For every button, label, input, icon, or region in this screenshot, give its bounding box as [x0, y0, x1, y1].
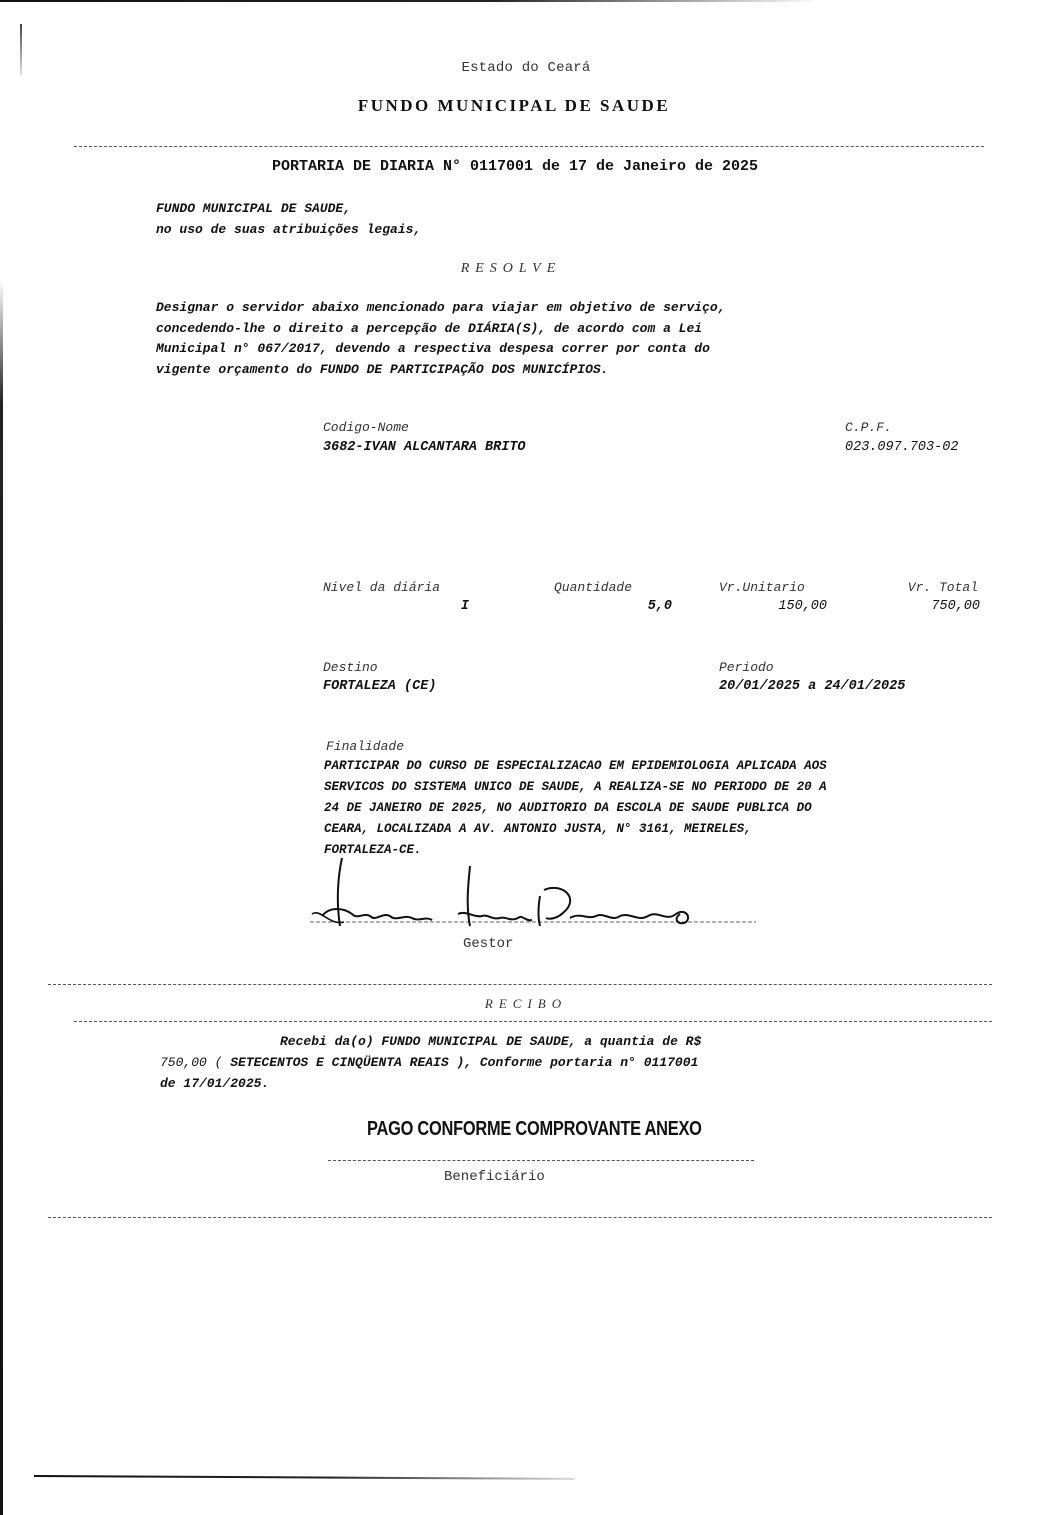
nivel-value: I	[323, 599, 469, 614]
finalidade-label: Finalidade	[326, 739, 404, 754]
portaria-title: PORTARIA DE DIARIA N° 0117001 de 17 de J…	[0, 158, 1030, 175]
cpf-label: C.P.F.	[845, 420, 892, 435]
periodo-label: Periodo	[719, 660, 774, 675]
destino-value: FORTALEZA (CE)	[323, 679, 436, 694]
scan-line-bottom	[34, 1475, 574, 1480]
recibo-line: 750,00 ( SETECENTOS E CINQÜENTA REAIS ),…	[160, 1052, 860, 1073]
signature-role: Gestor	[463, 936, 513, 952]
vr-unitario-value: 150,00	[719, 599, 827, 614]
recibo-suffix: , a quantia de R$	[569, 1034, 702, 1049]
divider-dashed	[74, 1021, 992, 1022]
recibo-amount-words: SETECENTOS E CINQÜENTA REAIS	[230, 1055, 448, 1070]
recibo-institution: FUNDO MUNICIPAL DE SAUDE	[381, 1034, 568, 1049]
nivel-label: Nivel da diária	[323, 580, 440, 595]
institution-title: FUNDO MUNICIPAL DE SAUDE	[0, 96, 1028, 116]
recibo-heading: RECIBO	[0, 996, 1052, 1012]
cpf-value: 023.097.703-02	[845, 440, 958, 455]
recibo-line: Recebi da(o) FUNDO MUNICIPAL DE SAUDE, a…	[160, 1031, 860, 1052]
finalidade-text: PARTICIPAR DO CURSO DE ESPECIALIZACAO EM…	[324, 756, 994, 861]
finalidade-line: CEARA, LOCALIZADA A AV. ANTONIO JUSTA, N…	[324, 819, 994, 840]
recibo-line: de 17/01/2025.	[160, 1073, 860, 1094]
issuer-clause: no uso de suas atribuições legais,	[156, 222, 421, 237]
resolution-line: concedendo-lhe o direito a percepção de …	[156, 319, 876, 340]
resolution-text: Designar o servidor abaixo mencionado pa…	[156, 298, 876, 380]
divider-dashed	[48, 984, 992, 985]
issuer: FUNDO MUNICIPAL DE SAUDE,	[156, 201, 351, 216]
scan-edge-left	[0, 280, 3, 1515]
recibo-amount: 750,00 (	[160, 1055, 230, 1070]
resolve-heading: RESOLVE	[0, 261, 1022, 277]
recibo-portaria-ref: ), Conforme portaria n° 0117001	[449, 1055, 699, 1070]
recibo-date: de 17/01/2025.	[160, 1076, 269, 1091]
quantidade-label: Quantidade	[554, 580, 632, 595]
finalidade-line: 24 DE JANEIRO DE 2025, NO AUDITORIO DA E…	[324, 798, 994, 819]
state-name: Estado do Ceará	[0, 60, 1052, 76]
finalidade-line: SERVICOS DO SISTEMA UNICO DE SAUDE, A RE…	[324, 777, 994, 798]
recibo-text: Recebi da(o) FUNDO MUNICIPAL DE SAUDE, a…	[160, 1031, 860, 1094]
beneficiario-label: Beneficiário	[444, 1169, 545, 1185]
codigo-nome-label: Codigo-Nome	[323, 420, 409, 435]
periodo-value: 20/01/2025 a 24/01/2025	[719, 679, 905, 694]
recibo-prefix: Recebi da(o)	[280, 1034, 381, 1049]
vr-unitario-label: Vr.Unitario	[719, 580, 805, 595]
signature-handwritten	[300, 856, 760, 936]
vr-total-value: 750,00	[860, 599, 980, 614]
payment-stamp: PAGO CONFORME COMPROVANTE ANEXO	[367, 1118, 702, 1141]
divider-dashed	[48, 1217, 992, 1218]
codigo-nome-value: 3682-IVAN ALCANTARA BRITO	[323, 440, 526, 455]
scan-edge-top	[0, 0, 820, 2]
beneficiario-signature-line	[328, 1160, 754, 1161]
finalidade-line: PARTICIPAR DO CURSO DE ESPECIALIZACAO EM…	[324, 756, 994, 777]
resolution-line: Municipal n° 067/2017, devendo a respect…	[156, 339, 876, 360]
divider-dashed	[74, 146, 984, 147]
vr-total-label: Vr. Total	[860, 580, 978, 595]
quantidade-value: 5,0	[554, 599, 672, 614]
diaria-document: Estado do Ceará FUNDO MUNICIPAL DE SAUDE…	[0, 0, 1052, 1515]
resolution-line: Designar o servidor abaixo mencionado pa…	[156, 298, 876, 319]
destino-label: Destino	[323, 660, 378, 675]
resolution-line: vigente orçamento do FUNDO DE PARTICIPAÇ…	[156, 360, 876, 381]
